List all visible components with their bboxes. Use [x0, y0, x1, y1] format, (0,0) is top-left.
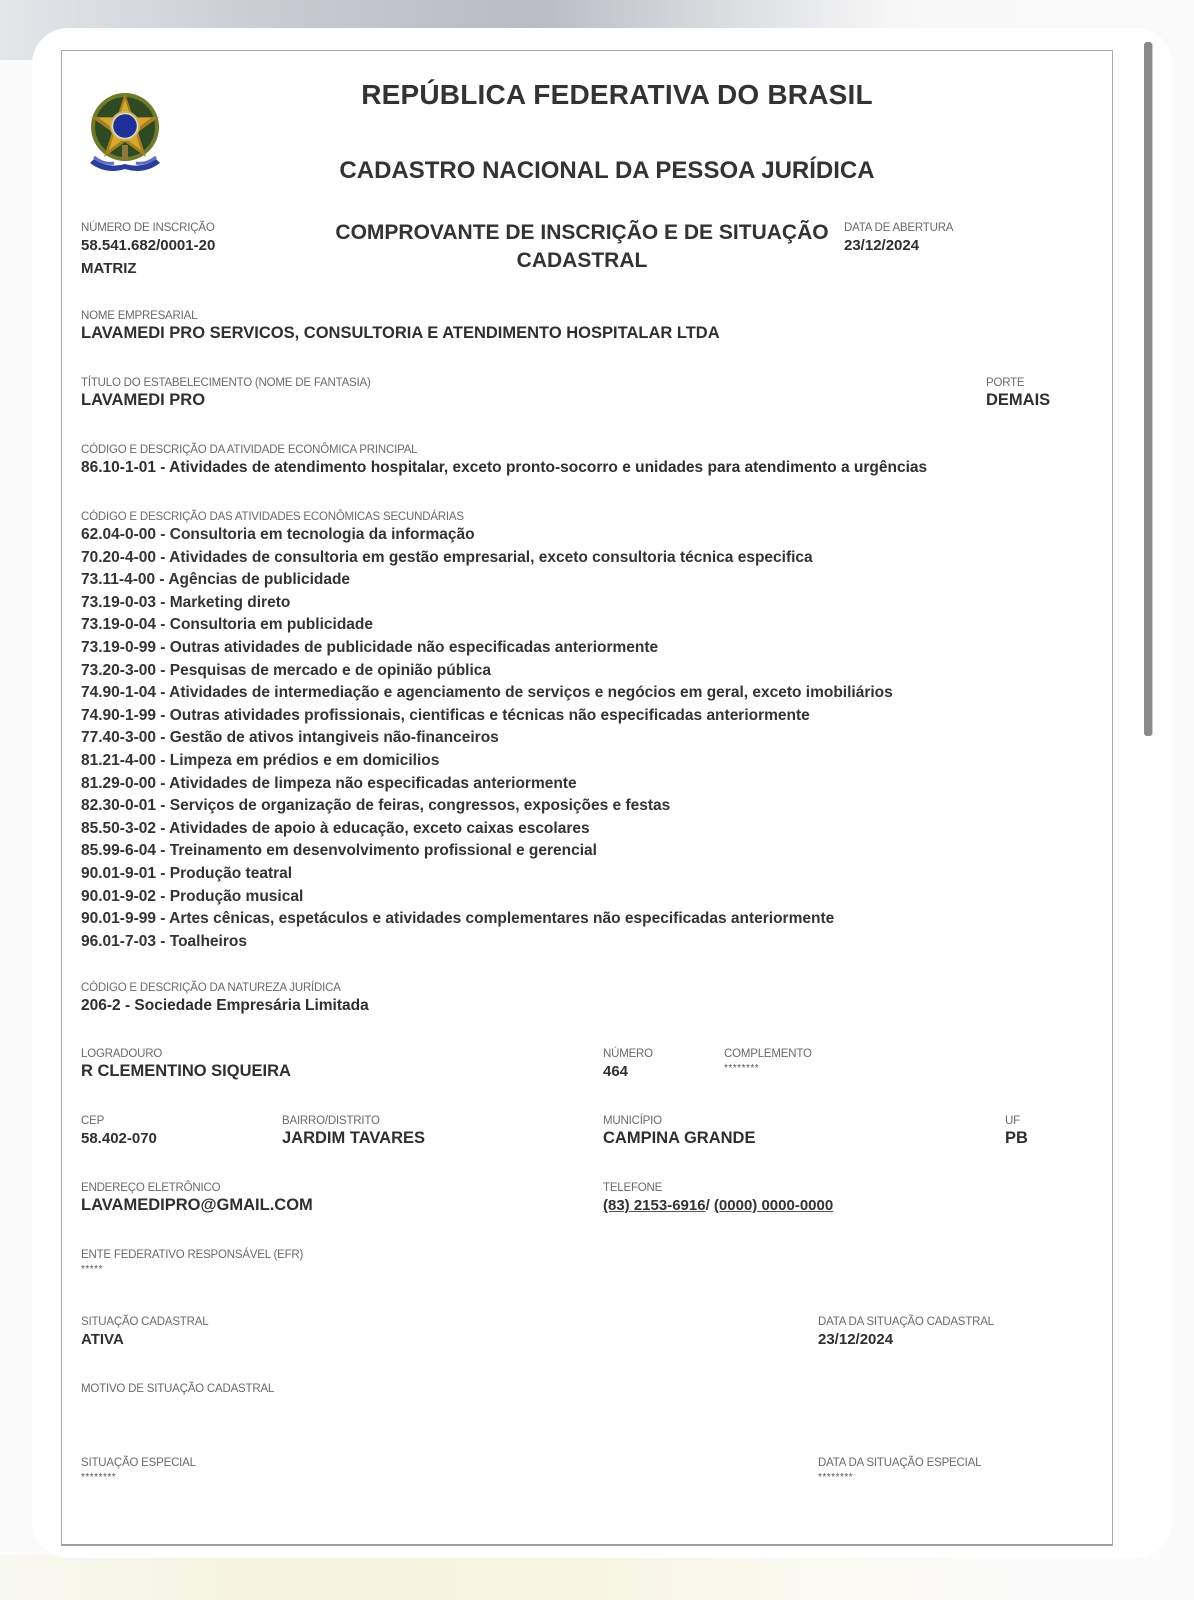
secondary-activity-item: 90.01-9-02 - Produção musical — [81, 886, 893, 909]
secondary-activity-item: 90.01-9-99 - Artes cênicas, espetáculos … — [81, 908, 893, 931]
phone-block: TELEFONE (83) 2153-6916/ (0000) 0000-000… — [603, 1181, 833, 1216]
opening-date-value: 23/12/2024 — [844, 235, 953, 256]
registration-number: 58.541.682/0001-20 — [81, 235, 215, 256]
company-name-block: NOME EMPRESARIAL LAVAMEDI PRO SERVICOS, … — [81, 309, 720, 344]
city-block: MUNICÍPIO CAMPINA GRANDE — [603, 1114, 755, 1149]
special-status-date-value: ******** — [818, 1472, 981, 1484]
status-label: SITUAÇÃO CADASTRAL — [81, 1315, 208, 1329]
secondary-activity-item: 82.30-0-01 - Serviços de organização de … — [81, 795, 893, 818]
status-date-label: DATA DA SITUAÇÃO CADASTRAL — [818, 1315, 994, 1329]
special-status-date-label: DATA DA SITUAÇÃO ESPECIAL — [818, 1456, 981, 1470]
size-value: DEMAIS — [986, 390, 1050, 411]
main-activity-block: CÓDIGO E DESCRIÇÃO DA ATIVIDADE ECONÔMIC… — [81, 443, 927, 478]
company-name-value: LAVAMEDI PRO SERVICOS, CONSULTORIA E ATE… — [81, 323, 720, 344]
secondary-activity-item: 73.20-3-00 - Pesquisas de mercado e de o… — [81, 660, 893, 683]
secondary-activity-item: 70.20-4-00 - Atividades de consultoria e… — [81, 547, 893, 570]
cep-value: 58.402-070 — [81, 1128, 157, 1149]
secondary-activities-block: CÓDIGO E DESCRIÇÃO DAS ATIVIDADES ECONÔM… — [81, 510, 893, 953]
status-reason-label: MOTIVO DE SITUAÇÃO CADASTRAL — [81, 1382, 274, 1396]
trade-name-block: TÍTULO DO ESTABELECIMENTO (NOME DE FANTA… — [81, 376, 371, 411]
phone-separator: / — [706, 1197, 714, 1214]
efr-value: ***** — [81, 1264, 303, 1276]
secondary-activity-item: 85.99-6-04 - Treinamento em desenvolvime… — [81, 840, 893, 863]
city-value: CAMPINA GRANDE — [603, 1128, 755, 1149]
complement-label: COMPLEMENTO — [724, 1047, 812, 1061]
trade-name-label: TÍTULO DO ESTABELECIMENTO (NOME DE FANTA… — [81, 376, 371, 390]
secondary-activity-item: 77.40-3-00 - Gestão de ativos intangivei… — [81, 727, 893, 750]
state-label: UF — [1005, 1114, 1028, 1128]
state-value: PB — [1005, 1128, 1028, 1149]
efr-label: ENTE FEDERATIVO RESPONSÁVEL (EFR) — [81, 1248, 303, 1262]
secondary-activity-item: 73.11-4-00 - Agências de publicidade — [81, 569, 893, 592]
opening-date-block: DATA DE ABERTURA 23/12/2024 — [844, 221, 953, 256]
main-activity-label: CÓDIGO E DESCRIÇÃO DA ATIVIDADE ECONÔMIC… — [81, 443, 927, 457]
cep-block: CEP 58.402-070 — [81, 1114, 157, 1149]
vertical-scrollbar[interactable] — [1144, 42, 1152, 736]
district-value: JARDIM TAVARES — [282, 1128, 425, 1149]
special-status-value: ******** — [81, 1472, 196, 1484]
registration-label: NÚMERO DE INSCRIÇÃO — [81, 221, 215, 235]
trade-name-value: LAVAMEDI PRO — [81, 390, 371, 411]
email-block: ENDEREÇO ELETRÔNICO LAVAMEDIPRO@GMAIL.CO… — [81, 1181, 313, 1216]
secondary-activity-item: 85.50-3-02 - Atividades de apoio à educa… — [81, 818, 893, 841]
street-value: R CLEMENTINO SIQUEIRA — [81, 1061, 291, 1082]
size-label: PORTE — [986, 376, 1050, 390]
secondary-activity-item: 62.04-0-00 - Consultoria em tecnologia d… — [81, 524, 893, 547]
secondary-activity-item: 73.19-0-03 - Marketing direto — [81, 592, 893, 615]
secondary-activities-label: CÓDIGO E DESCRIÇÃO DAS ATIVIDADES ECONÔM… — [81, 510, 893, 524]
legal-nature-block: CÓDIGO E DESCRIÇÃO DA NATUREZA JURÍDICA … — [81, 981, 369, 1016]
state-block: UF PB — [1005, 1114, 1028, 1149]
size-block: PORTE DEMAIS — [986, 376, 1050, 411]
background-gradient-bottom — [0, 1555, 1194, 1600]
legal-nature-label: CÓDIGO E DESCRIÇÃO DA NATUREZA JURÍDICA — [81, 981, 369, 995]
status-reason-block: MOTIVO DE SITUAÇÃO CADASTRAL — [81, 1382, 274, 1396]
email-label: ENDEREÇO ELETRÔNICO — [81, 1181, 313, 1195]
registration-block: NÚMERO DE INSCRIÇÃO 58.541.682/0001-20 M… — [81, 221, 215, 279]
special-status-block: SITUAÇÃO ESPECIAL ******** — [81, 1456, 196, 1484]
phone-label: TELEFONE — [603, 1181, 833, 1195]
document-title: COMPROVANTE DE INSCRIÇÃO E DE SITUAÇÃO C… — [322, 219, 842, 275]
secondary-activity-item: 73.19-0-99 - Outras atividades de public… — [81, 637, 893, 660]
street-label: LOGRADOURO — [81, 1047, 291, 1061]
special-status-date-block: DATA DA SITUAÇÃO ESPECIAL ******** — [818, 1456, 981, 1484]
main-activity-value: 86.10-1-01 - Atividades de atendimento h… — [81, 457, 927, 478]
opening-date-label: DATA DE ABERTURA — [844, 221, 953, 235]
special-status-label: SITUAÇÃO ESPECIAL — [81, 1456, 196, 1470]
secondary-activity-item: 74.90-1-99 - Outras atividades profissio… — [81, 705, 893, 728]
status-value: ATIVA — [81, 1329, 208, 1350]
efr-block: ENTE FEDERATIVO RESPONSÁVEL (EFR) ***** — [81, 1248, 303, 1276]
city-label: MUNICÍPIO — [603, 1114, 755, 1128]
email-value[interactable]: LAVAMEDIPRO@GMAIL.COM — [81, 1195, 313, 1216]
number-value: 464 — [603, 1061, 653, 1082]
district-block: BAIRRO/DISTRITO JARDIM TAVARES — [282, 1114, 425, 1149]
street-block: LOGRADOURO R CLEMENTINO SIQUEIRA — [81, 1047, 291, 1082]
secondary-activity-item: 81.21-4-00 - Limpeza em prédios e em dom… — [81, 750, 893, 773]
country-title: REPÚBLICA FEDERATIVA DO BRASIL — [62, 79, 1112, 111]
number-block: NÚMERO 464 — [603, 1047, 653, 1082]
legal-nature-value: 206-2 - Sociedade Empresária Limitada — [81, 995, 369, 1016]
registration-type: MATRIZ — [81, 258, 215, 279]
status-date-value: 23/12/2024 — [818, 1329, 994, 1350]
registry-title: CADASTRO NACIONAL DA PESSOA JURÍDICA — [62, 157, 1112, 185]
district-label: BAIRRO/DISTRITO — [282, 1114, 425, 1128]
status-date-block: DATA DA SITUAÇÃO CADASTRAL 23/12/2024 — [818, 1315, 994, 1350]
secondary-activity-item: 81.29-0-00 - Atividades de limpeza não e… — [81, 773, 893, 796]
secondary-activity-item: 90.01-9-01 - Produção teatral — [81, 863, 893, 886]
complement-block: COMPLEMENTO ******** — [724, 1047, 812, 1075]
phone-link-secondary[interactable]: (0000) 0000-0000 — [714, 1197, 833, 1214]
cnpj-document: REPÚBLICA FEDERATIVA DO BRASIL CADASTRO … — [61, 50, 1113, 1546]
number-label: NÚMERO — [603, 1047, 653, 1061]
secondary-activity-item: 74.90-1-04 - Atividades de intermediação… — [81, 682, 893, 705]
company-name-label: NOME EMPRESARIAL — [81, 309, 720, 323]
cep-label: CEP — [81, 1114, 157, 1128]
phone-link-primary[interactable]: (83) 2153-6916 — [603, 1197, 706, 1214]
status-block: SITUAÇÃO CADASTRAL ATIVA — [81, 1315, 208, 1350]
secondary-activity-item: 73.19-0-04 - Consultoria em publicidade — [81, 614, 893, 637]
complement-value: ******** — [724, 1063, 812, 1075]
secondary-activity-item: 96.01-7-03 - Toalheiros — [81, 931, 893, 954]
secondary-activities-list: 62.04-0-00 - Consultoria em tecnologia d… — [81, 524, 893, 953]
